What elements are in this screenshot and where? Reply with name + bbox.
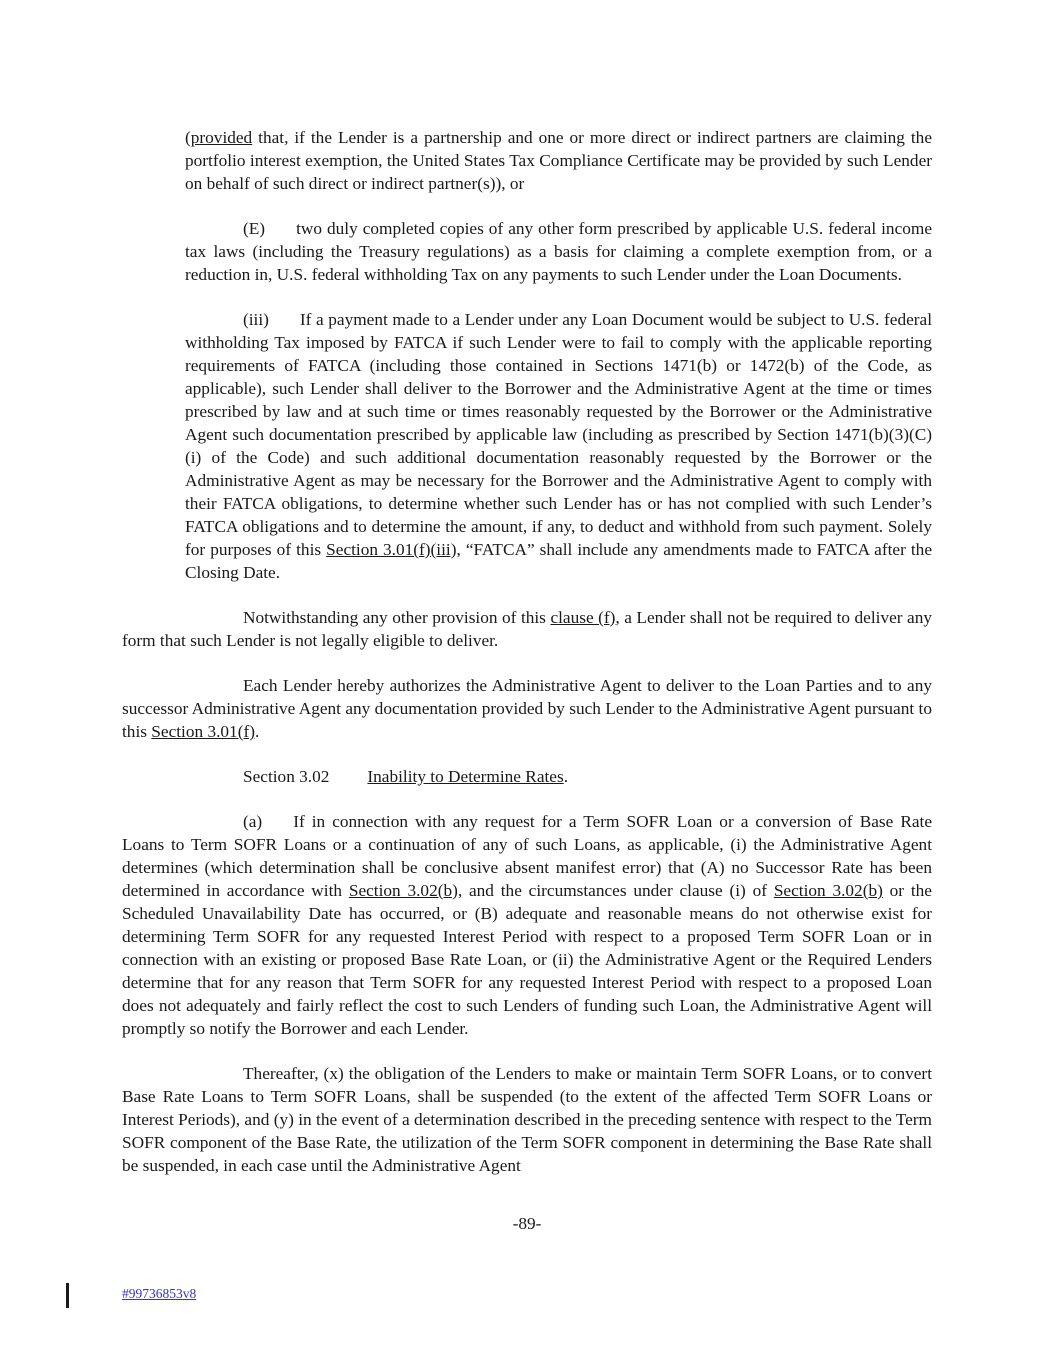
ref-clause-f: clause (f) — [550, 608, 615, 627]
notwithstanding-text: Notwithstanding any other provision of t… — [243, 608, 550, 627]
each-lender-text-end: . — [255, 722, 259, 741]
thereafter-text: Thereafter, (x) the obligation of the Le… — [122, 1064, 932, 1175]
document-page: (provided that, if the Lender is a partn… — [0, 0, 1055, 1365]
paragraph-thereafter: Thereafter, (x) the obligation of the Le… — [122, 1062, 932, 1177]
paragraph-item-a: (a)If in connection with any request for… — [122, 810, 932, 1040]
section-3-02-heading: Section 3.02Inability to Determine Rates… — [122, 765, 932, 788]
item-E-text: two duly completed copies of any other f… — [185, 219, 932, 284]
ref-section-3-02-b-second: Section 3.02(b) — [774, 881, 883, 900]
paragraph-item-iii: (iii)If a payment made to a Lender under… — [185, 308, 932, 584]
ref-section-3-01-f-iii: Section 3.01(f)(iii), — [326, 540, 461, 559]
item-iii-label: (iii) — [243, 310, 269, 329]
item-a-text-3: or the Scheduled Unavailability Date has… — [122, 881, 932, 1038]
item-E-label: (E) — [243, 219, 265, 238]
section-3-02-title: Inability to Determine Rates — [367, 767, 563, 786]
section-3-02-number: Section 3.02 — [243, 767, 329, 786]
provided-clause-text: that, if the Lender is a partnership and… — [185, 128, 932, 193]
item-a-text-2: and the circumstances under clause (i) o… — [462, 881, 774, 900]
provided-underlined-term: provided — [191, 128, 252, 147]
page-number: -89- — [122, 1212, 932, 1235]
paragraph-notwithstanding: Notwithstanding any other provision of t… — [122, 606, 932, 652]
section-3-02-period: . — [564, 767, 568, 786]
ref-section-3-01-f: Section 3.01(f) — [151, 722, 255, 741]
paragraph-each-lender: Each Lender hereby authorizes the Admini… — [122, 674, 932, 743]
document-body: (provided that, if the Lender is a partn… — [122, 126, 932, 1199]
item-iii-text: If a payment made to a Lender under any … — [185, 310, 932, 559]
ref-section-3-02-b-first: Section 3.02(b), — [349, 881, 462, 900]
revision-change-bar — [66, 1283, 69, 1308]
document-stamp-link[interactable]: #99736853v8 — [122, 1286, 196, 1302]
item-a-label: (a) — [243, 812, 262, 831]
paragraph-item-E: (E)two duly completed copies of any othe… — [185, 217, 932, 286]
paragraph-provided-clause: (provided that, if the Lender is a partn… — [185, 126, 932, 195]
